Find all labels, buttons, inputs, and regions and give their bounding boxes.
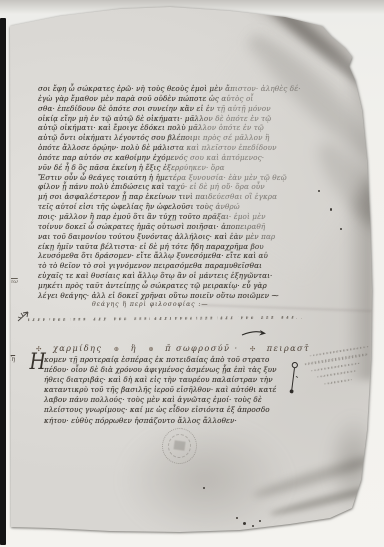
water-stain [163, 0, 367, 75]
ink-speck [243, 522, 246, 525]
separator-squiggle [28, 316, 302, 321]
ink-speck [252, 525, 254, 527]
text-line: τοίνυν δοκεῖ ὦ σώκρατες ἡμᾶς οὑτωσὶ ποιῆ… [38, 222, 350, 232]
quire-mark: ϊη [9, 356, 15, 363]
text-line: εὐχαῖς τε καὶ θυσίαις καὶ ἄλλῳ ὅτῳ ἂν οἱ… [38, 271, 350, 281]
title-word: πειραστ̄ [267, 343, 310, 353]
title-ornament: ⊛ [114, 345, 119, 353]
ink-speck [203, 487, 205, 489]
page-shading [120, 420, 290, 540]
bottom-stain [269, 478, 384, 518]
manuscript-page: σοι ἔφη ὦ σώκρατες ἐρῶ· νὴ τοὺς θεοὺς ἐμ… [0, 0, 384, 547]
text-line: Ἔστιν οὖν ὦ θεάγες τοιαύτη ἡ ἡμετέρα ξυν… [38, 173, 350, 183]
text-line: αὐτῷ ὄντι οἰκήματι λέγοντός σου βλέποιμι… [38, 133, 350, 143]
ink-speck [330, 208, 332, 211]
text-line: λαβον πάνυ πολλούς· τοὺς μὲν καὶ ἀγνῶτας… [44, 396, 300, 406]
text-line: πλείστους γνωρίμους· καί με ὡς εἶδον εἰσ… [44, 406, 300, 416]
text-line: φίλον ᾖ πάνυ πολὺ ἐπιδώσεις καὶ ταχύ· εἰ… [38, 183, 350, 193]
critical-sign-icon [286, 360, 300, 402]
ink-speck [8, 510, 10, 512]
text-line: μή σοι ἀσφαλέστερον ᾖ παρ ἐκείνων τινὶ π… [38, 192, 350, 202]
text-line: τεῖς αὐτοί εἰσι τῆς ὠφελίας ἣν ὠφελοῦσι … [38, 202, 350, 212]
text-line: οἰκίᾳ εἴην μὴ ἐν τῷ αὐτῷ δὲ οἰκήματι· μᾶ… [38, 114, 350, 124]
title-ornament: ⊛ [148, 345, 153, 353]
text-line: ὁπότε ἄλλοσε ὁρῴην· πολὺ δὲ μάλιστα καὶ … [38, 143, 350, 153]
bottom-stain [252, 446, 384, 501]
text-line: κομεν τῇ προτεραίᾳ ἑσπέρας ἐκ ποτειδαίας… [44, 355, 300, 365]
text-line: ἐγὼ γὰρ ἔμαθον μὲν παρὰ σοῦ οὐδὲν πώποτε… [38, 94, 350, 104]
scholion-line [317, 370, 357, 378]
ink-speck [7, 468, 9, 471]
text-line: μηκέτι πρὸς ταῦτ ἀντείπῃς ὦ σώκρατες τῷ … [38, 281, 350, 291]
text-line: σοι ἔφη ὦ σώκρατες ἐρῶ· νὴ τοὺς θεοὺς ἐμ… [38, 84, 350, 94]
text-line: ναι τοῦ δαιμονίου τούτου ξυνόντας ἀλλήλο… [38, 232, 350, 242]
text-line: πέδου· οἷον δὲ διὰ χρόνου ἀφιγμένος ἁσμέ… [44, 365, 300, 375]
text-line: είκῃ ἡμῖν ταῦτα βέλτιστα· εἰ δὲ μή τότε … [38, 242, 350, 252]
fold-line [200, 304, 372, 312]
quill-arrow-icon [16, 308, 32, 323]
page-wrap: σοι ἔφη ὦ σώκρατες ἐρῶ· νὴ τοὺς θεοὺς ἐμ… [0, 0, 384, 547]
marginal-scholion [304, 345, 381, 393]
title-word: π̄ σωφροσύν̄ · [165, 343, 238, 353]
library-stamp [160, 426, 200, 467]
text-line: νῦν δέ ἦ δ ὃς πᾶσα ἐκείνη ἡ ἕξις ἐξερρύη… [38, 163, 350, 173]
title-ornament: ✣ [250, 345, 255, 353]
text-line: ήθεις διατριβάς· καὶ δὴ καὶ εἰς τὴν ταυρ… [44, 375, 300, 385]
upper-text-block: σοι ἔφη ὦ σώκρατες ἐρῶ· νὴ τοὺς θεοὺς ἐμ… [38, 84, 350, 301]
ink-speck [340, 228, 342, 230]
ink-speck [236, 517, 238, 519]
scholion-line [324, 378, 352, 385]
text-line: ποις· μᾶλλον ἢ παρ ἐμοῦ ὅτι ἂν τύχῃ τοῦτ… [38, 212, 350, 222]
bottom-stain [326, 414, 382, 514]
explicit-line: θεάγης ἢ περὶ φιλοσοφίας :— [92, 301, 208, 308]
text-line: καταντικρὺ τοῦ τῆς βασιλῆς ἱεροῦ εἰσῆλθο… [44, 385, 300, 395]
ink-speck [318, 190, 320, 192]
text-line: κήτου· εὐθὺς πόρρωθεν ἠσπάζοντο ἄλλος ἄλ… [44, 416, 300, 426]
title-word: χαρμίδης [53, 343, 102, 353]
text-line: λευσόμεθα ὅτι δράσομεν· εἴτε ἄλλῳ ξυνεσό… [38, 251, 350, 261]
ink-speck [259, 520, 261, 522]
text-line: σθα· ἐπεδίδουν δὲ ὁπότε σοι συνείην κἂν … [38, 104, 350, 114]
dialogue-title: ✣χαρμίδης⊛ἢ⊛π̄ σωφροσύν̄ ·✣πειραστ̄ [36, 343, 310, 353]
margin-nota-mark: ϊω [11, 279, 18, 285]
pen-arrow-icon [240, 327, 268, 339]
manuscript-photo: σοι ἔφη ὦ σώκρατες ἐρῶ· νὴ τοὺς θεοὺς ἐμ… [0, 0, 384, 547]
lower-text-lines: κομεν τῇ προτεραίᾳ ἑσπέρας ἐκ ποτειδαίας… [44, 355, 300, 426]
text-line: λέγει θεάγης· ἀλλ εἰ δοκεῖ χρῆναι οὕτω π… [38, 291, 350, 301]
text-line: ὁπότε παρ αὐτόν σε καθοίμην ἐχόμενός σου… [38, 153, 350, 163]
text-line: αὐτῷ οἰκήματι· καὶ ἔμοιγε ἐδόκει πολὺ μᾶ… [38, 124, 350, 134]
title-word: ἢ [131, 343, 137, 353]
text-line: τὸ τὸ θεῖον τὸ σοὶ γιγνόμενον πειρασόμεθ… [38, 261, 350, 271]
ink-speck [6, 494, 8, 498]
